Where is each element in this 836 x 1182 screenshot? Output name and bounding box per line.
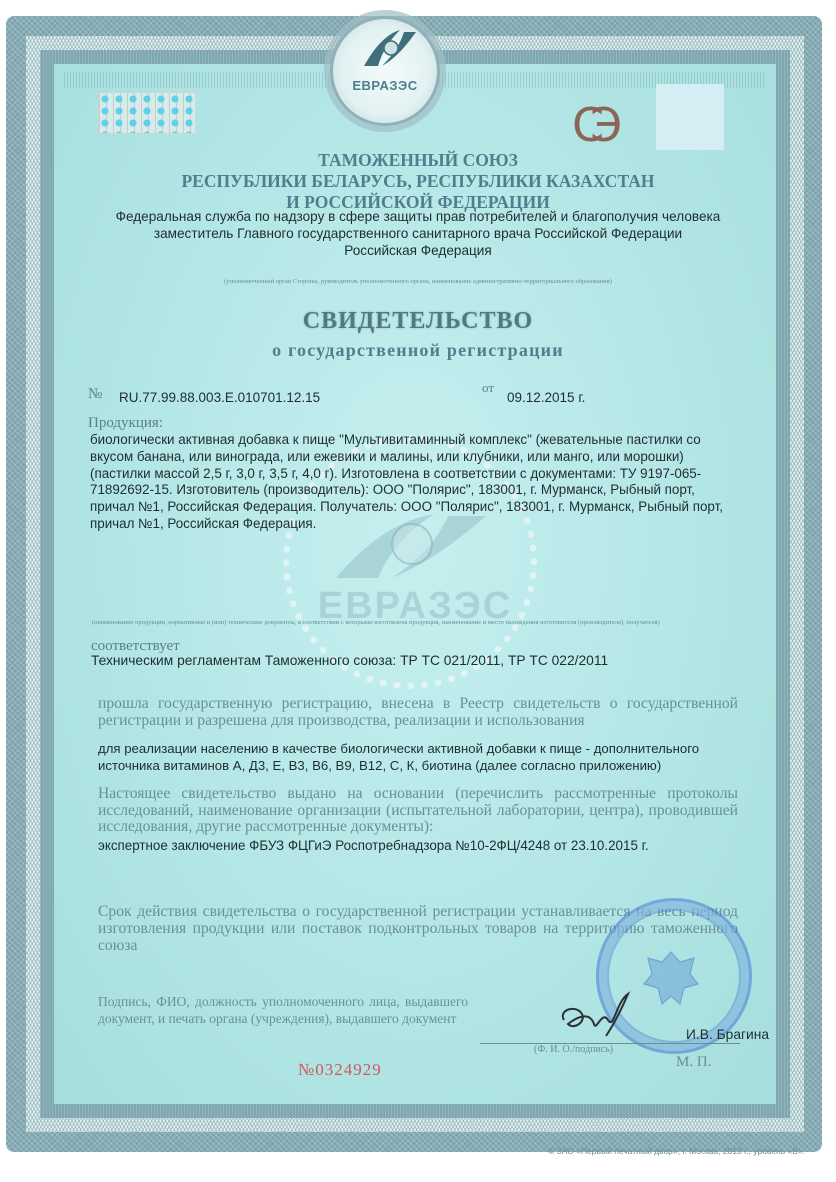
product-description: биологически активная добавка к пище "Му… [90,432,740,533]
authority-line: заместитель Главного государственного са… [80,225,756,242]
signature-caption: Подпись, ФИО, должность уполномоченного … [98,993,468,1027]
certificate-date: 09.12.2015 г. [507,390,585,405]
authority-line: Российская Федерация [80,242,756,259]
intended-use: для реализации населению в качестве биол… [98,741,748,775]
handwritten-signature-icon [556,990,646,1040]
hologram-sticker [98,92,196,134]
coat-of-arms-icon [636,944,706,1014]
authority-line: Федеральная служба по надзору в сфере за… [80,208,756,225]
certificate-content: ЕВРАЗЭС СЭ ТАМОЖЕННЫЙ СОЮЗ РЕСПУБЛИКИ БЕ… [0,0,836,1182]
signature-line-caption: (Ф. И. О./подпись) [534,1044,613,1055]
certificate-number: RU.77.99.88.003.Е.010701.12.15 [119,390,320,405]
union-heading: ТАМОЖЕННЫЙ СОЮЗ РЕСПУБЛИКИ БЕЛАРУСЬ, РЕС… [100,150,736,213]
number-label: № [88,386,102,403]
signer-name: И.В. Брагина [686,1027,769,1042]
serial-number: №0324929 [298,1060,382,1080]
emblem-swoosh-icon [360,28,420,68]
conformity-regulations: Техническим регламентам Таможенного союз… [91,653,608,670]
product-label: Продукция: [88,415,163,432]
product-caption: (наименование продукции, нормативные и (… [92,619,752,626]
union-line: ТАМОЖЕННЫЙ СОЮЗ [100,150,736,171]
issuing-authority: Федеральная служба по надзору в сфере за… [80,208,756,259]
document-subtitle: о государственной регистрации [100,340,736,361]
union-line: РЕСПУБЛИКИ БЕЛАРУСЬ, РЕСПУБЛИКИ КАЗАХСТА… [100,171,736,192]
registration-statement: прошла государственную регистрацию, внес… [98,696,738,729]
document-title: СВИДЕТЕЛЬСТВО [100,308,736,335]
printer-note: © ЗАО «Первый печатный двор», г. Москва,… [548,1146,805,1156]
basis-statement: Настоящее свидетельство выдано на основа… [98,786,738,836]
blank-square [656,84,724,150]
seal-label: М. П. [676,1054,711,1071]
emblem-text: ЕВРАЗЭС [335,78,435,93]
conformity-mark-icon: СЭ [572,98,608,152]
date-label: от [482,380,494,396]
expert-conclusion: экспертное заключение ФБУЗ ФЦГиЭ Роспотр… [98,838,649,853]
authority-caption: (уполномоченный орган Стороны, руководит… [100,278,736,285]
